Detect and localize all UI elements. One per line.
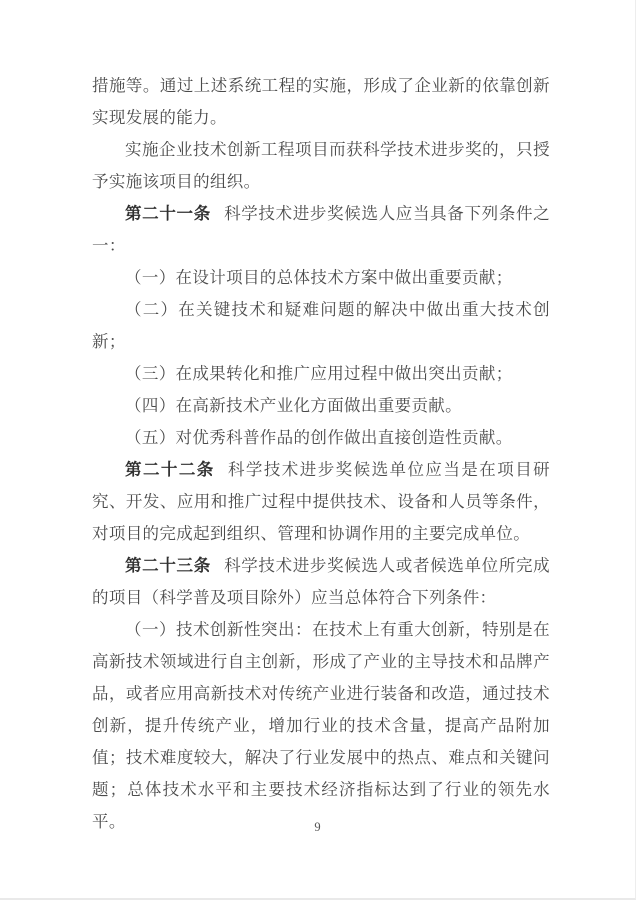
paragraph-list-item: （一）技术创新性突出：在技术上有重大创新，特别是在高新技术领域进行自主创新，形成… [92,614,550,838]
paragraph-list-item: （三）在成果转化和推广应用过程中做出突出贡献； [92,358,550,390]
article-number: 第二十三条 [125,556,211,575]
paragraph-article-22: 第二十二条科学技术进步奖候选单位应当是在项目研究、开发、应用和推广过程中提供技术… [92,454,550,550]
paragraph-list-item: （一）在设计项目的总体技术方案中做出重要贡献； [92,262,550,294]
paragraph: 实施企业技术创新工程项目而获科学技术进步奖的，只授予实施该项目的组织。 [92,134,550,198]
paragraph-list-item: （二）在关键技术和疑难问题的解决中做出重大技术创新； [92,294,550,358]
paragraph-text: （三）在成果转化和推广应用过程中做出突出贡献； [125,364,513,383]
article-number: 第二十二条 [125,460,215,479]
paragraph-text: （一）在设计项目的总体技术方案中做出重要贡献； [125,268,513,287]
document-body: 措施等。通过上述系统工程的实施，形成了企业新的依靠创新实现发展的能力。 实施企业… [92,70,550,838]
paragraph-article-21: 第二十一条科学技术进步奖候选人应当具备下列条件之一： [92,198,550,262]
paragraph-text: （五）对优秀科普作品的创作做出直接创造性贡献。 [125,428,513,447]
article-number: 第二十一条 [125,204,211,223]
paragraph-text: 措施等。通过上述系统工程的实施，形成了企业新的依靠创新实现发展的能力。 [92,76,550,127]
paragraph-list-item: （五）对优秀科普作品的创作做出直接创造性贡献。 [92,422,550,454]
paragraph-text: 实施企业技术创新工程项目而获科学技术进步奖的，只授予实施该项目的组织。 [92,140,550,191]
paragraph: 措施等。通过上述系统工程的实施，形成了企业新的依靠创新实现发展的能力。 [92,70,550,134]
page-number: 9 [0,817,635,837]
paragraph-list-item: （四）在高新技术产业化方面做出重要贡献。 [92,390,550,422]
paragraph-article-23: 第二十三条科学技术进步奖候选人或者候选单位所完成的项目（科学普及项目除外）应当总… [92,550,550,614]
paragraph-text: （四）在高新技术产业化方面做出重要贡献。 [125,396,462,415]
paragraph-text: （一）技术创新性突出：在技术上有重大创新，特别是在高新技术领域进行自主创新，形成… [92,620,550,831]
document-page: 措施等。通过上述系统工程的实施，形成了企业新的依靠创新实现发展的能力。 实施企业… [0,0,636,900]
paragraph-text: （二）在关键技术和疑难问题的解决中做出重大技术创新； [92,300,550,351]
